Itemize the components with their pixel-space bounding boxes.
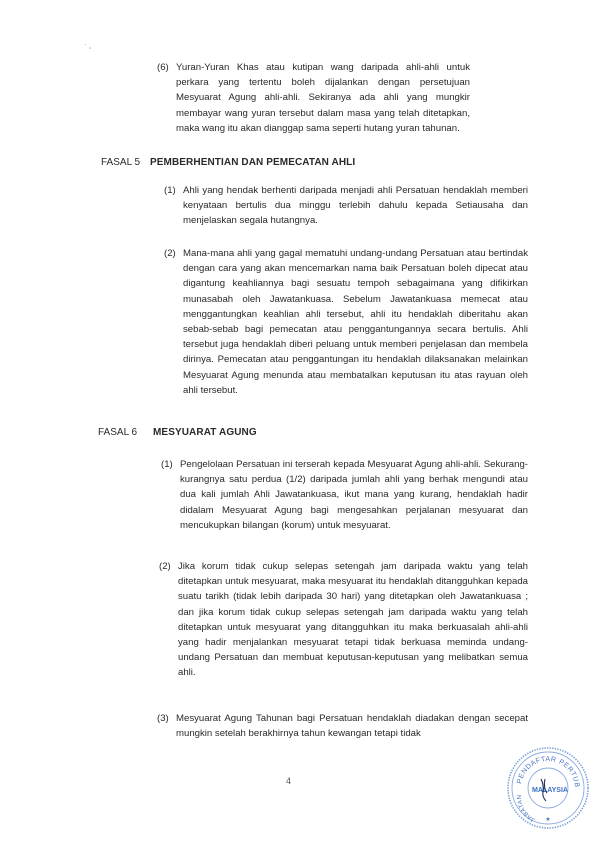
clause-text: Pengelolaan Persatuan ini terserah kepad… [180,459,528,531]
clause-text: Jika korum tidak cukup selepas setengah … [178,561,528,678]
clause-number: (1) [161,457,173,472]
fasal-label: FASAL 5 [101,156,140,170]
fasal-label: FASAL 6 [98,426,137,440]
clause-number: (6) [157,60,169,75]
clause-text: Yuran-Yuran Khas atau kutipan wang darip… [176,62,470,134]
registrar-stamp-icon: PENDAFTAR PERTUBUHAN JABATAN MALAYSIA ★ [505,745,591,831]
fasal-6-clause-3: (3) Mesyuarat Agung Tahunan bagi Persatu… [176,711,528,741]
clause-6: (6) Yuran-Yuran Khas atau kutipan wang d… [176,60,470,136]
clause-number: (2) [164,246,176,261]
page-number: 4 [286,776,291,786]
svg-text:★: ★ [545,816,550,823]
svg-text:MALAYSIA: MALAYSIA [532,787,568,794]
document-page: · ¸ (6) Yuran-Yuran Khas atau kutipan wa… [0,0,596,842]
clause-number: (1) [164,183,176,198]
fasal-5-clause-2: (2) Mana-mana ahli yang gagal mematuhi u… [183,246,528,398]
clause-text: Mana-mana ahli yang gagal mematuhi undan… [183,248,528,396]
fasal-6-clause-1: (1) Pengelolaan Persatuan ini terserah k… [180,457,528,533]
fasal-title: PEMBERHENTIAN DAN PEMECATAN AHLI [150,156,355,170]
fasal-6-clause-2: (2) Jika korum tidak cukup selepas seten… [178,559,528,681]
clause-text: Mesyuarat Agung Tahunan bagi Persatuan h… [176,713,528,739]
fasal-5-clause-1: (1) Ahli yang hendak berhenti daripada m… [183,183,528,229]
fasal-title: MESYUARAT AGUNG [153,426,257,440]
clause-text: Ahli yang hendak berhenti daripada menja… [183,185,528,226]
svg-text:JABATAN: JABATAN [517,794,536,822]
clause-number: (2) [159,559,171,574]
clause-number: (3) [157,711,169,726]
scan-artifact: · ¸ [84,40,92,49]
